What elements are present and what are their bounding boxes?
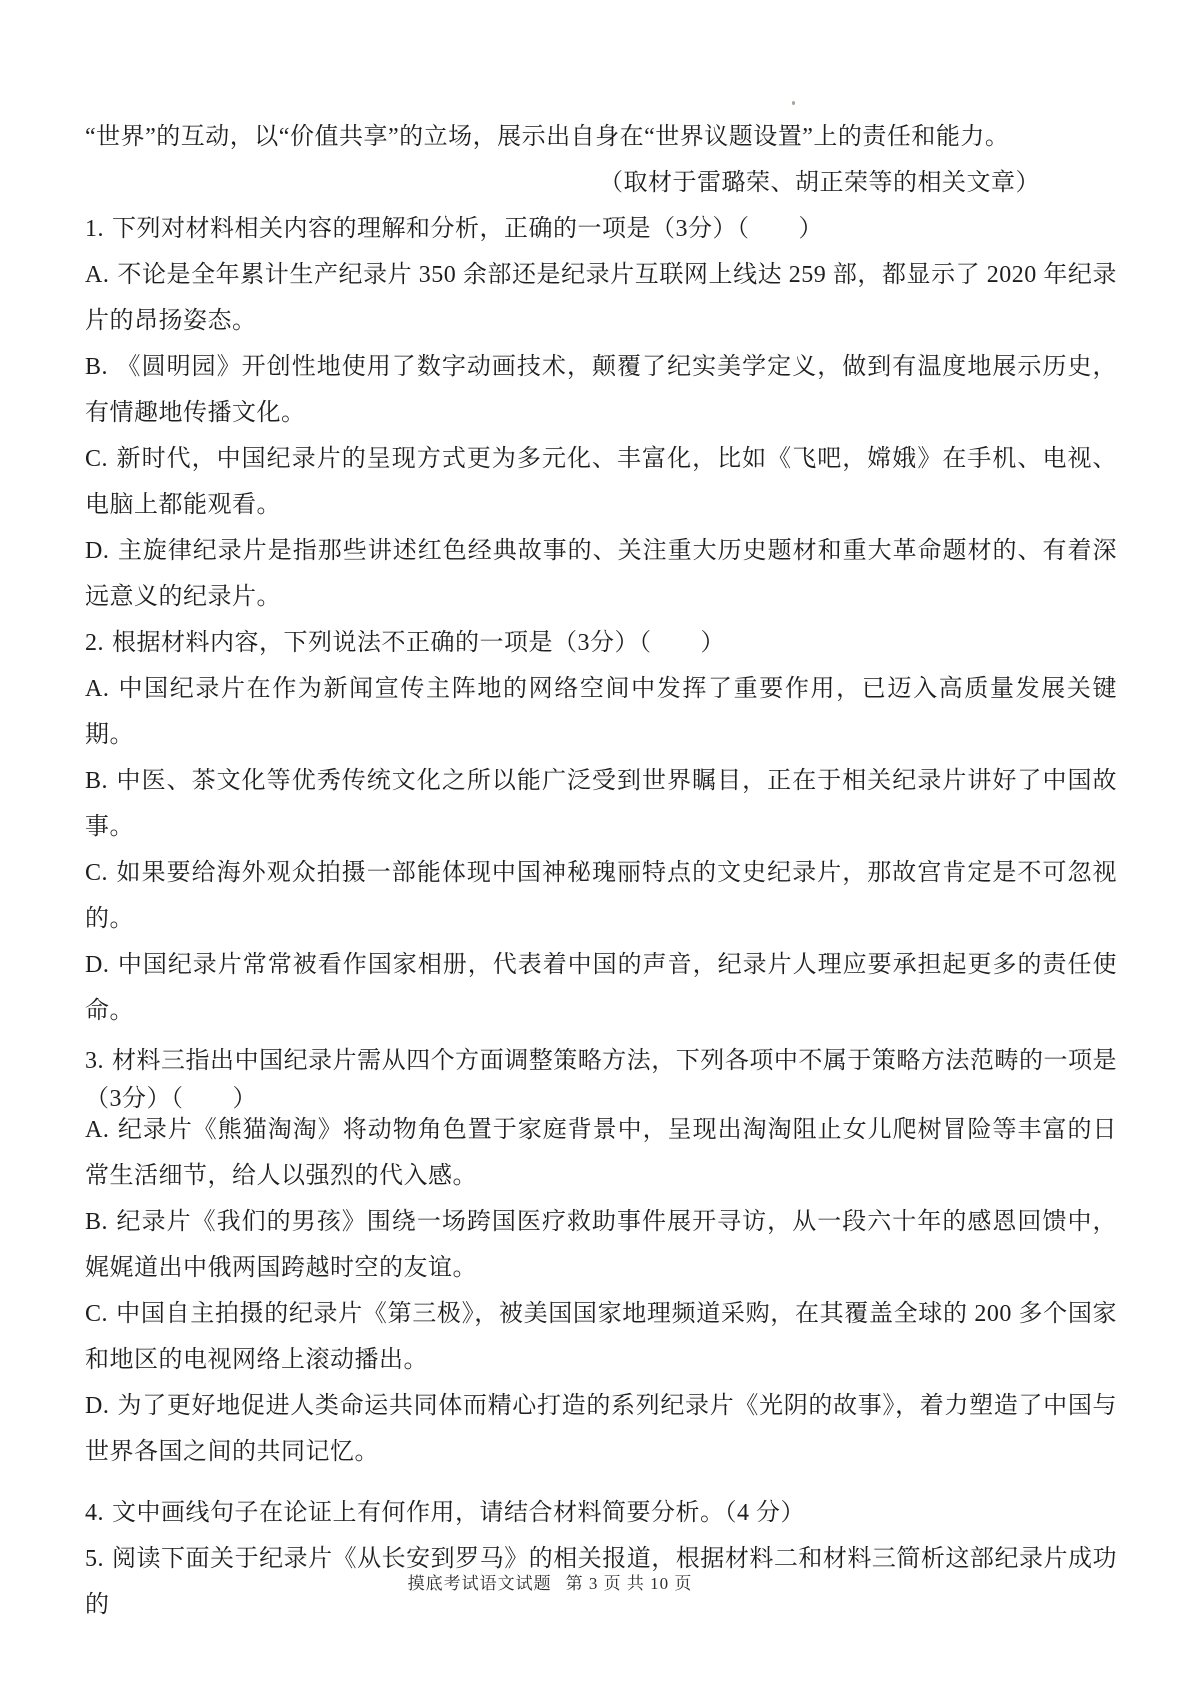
question-3-option-a: A.纪录片《熊猫淘淘》将动物角色置于家庭背景中，呈现出淘淘阻止女儿爬树冒险等丰富… [85,1107,1117,1199]
option-text: 中医、茶文化等优秀传统文化之所以能广泛受到世界瞩目，正在于相关纪录片讲好了中国故… [85,768,1117,840]
source-attribution: （取材于雷璐荣、胡正荣等的相关文章） [85,160,1117,206]
question-4-stem: 4.文中画线句子在论证上有何作用，请结合材料简要分析。（4 分） [85,1490,1117,1536]
scan-artifact-dot [792,101,795,105]
option-label: A. [85,262,109,288]
question-number: 2. [85,630,104,656]
footer-doc-title: 摸底考试语文试题 [408,1574,552,1593]
page-footer: 摸底考试语文试题第 3 页 共 10 页 [0,1572,1200,1596]
option-text: 主旋律纪录片是指那些讲述红色经典故事的、关注重大历史题材和重大革命题材的、有着深… [85,538,1117,610]
option-label: A. [85,1117,109,1143]
option-text: 中国自主拍摄的纪录片《第三极》，被美国国家地理频道采购，在其覆盖全球的 200 … [85,1301,1117,1373]
option-label: C. [85,1301,108,1327]
question-stem-text: 文中画线句子在论证上有何作用，请结合材料简要分析。（4 分） [112,1500,805,1526]
question-2-option-c: C.如果要给海外观众拍摄一部能体现中国神秘瑰丽特点的文史纪录片，那故宫肯定是不可… [85,850,1117,942]
option-text: 中国纪录片在作为新闻宣传主阵地的网络空间中发挥了重要作用，已迈入高质量发展关键期… [85,676,1117,748]
exam-paper-page: “世界”的互动，以“价值共享”的立场，展示出自身在“世界议题设置”上的责任和能力… [0,0,1200,1698]
question-2: 2.根据材料内容，下列说法不正确的一项是（3分）（ ） A.中国纪录片在作为新闻… [85,620,1117,1034]
option-text: 新时代，中国纪录片的呈现方式更为多元化、丰富化，比如《飞吧，嫦娥》在手机、电视、… [85,446,1117,518]
question-2-option-b: B.中医、茶文化等优秀传统文化之所以能广泛受到世界瞩目，正在于相关纪录片讲好了中… [85,758,1117,850]
opening-paragraph-tail: “世界”的互动，以“价值共享”的立场，展示出自身在“世界议题设置”上的责任和能力… [85,114,1117,160]
question-2-stem: 2.根据材料内容，下列说法不正确的一项是（3分）（ ） [85,620,1117,666]
question-3: 3.材料三指出中国纪录片需从四个方面调整策略方法，下列各项中不属于策略方法范畴的… [85,1042,1117,1475]
option-label: C. [85,446,108,472]
option-text: 为了更好地促进人类命运共同体而精心打造的系列纪录片《光阴的故事》，着力塑造了中国… [85,1393,1117,1465]
option-text: 纪录片《熊猫淘淘》将动物角色置于家庭背景中，呈现出淘淘阻止女儿爬树冒险等丰富的日… [85,1117,1117,1189]
option-label: D. [85,952,109,978]
question-3-option-b: B.纪录片《我们的男孩》围绕一场跨国医疗救助事件展开寻访，从一段六十年的感恩回馈… [85,1199,1117,1291]
question-3-option-d: D.为了更好地促进人类命运共同体而精心打造的系列纪录片《光阴的故事》，着力塑造了… [85,1383,1117,1475]
question-1-option-d: D.主旋律纪录片是指那些讲述红色经典故事的、关注重大历史题材和重大革命题材的、有… [85,528,1117,620]
question-number: 3. [85,1048,104,1074]
question-number: 5. [85,1546,104,1572]
footer-page-indicator: 第 3 页 共 10 页 [566,1574,693,1593]
option-label: D. [85,1393,109,1419]
question-1: 1.下列对材料相关内容的理解和分析，正确的一项是（3分）（ ） A.不论是全年累… [85,206,1117,620]
option-label: D. [85,538,109,564]
question-number: 4. [85,1500,104,1526]
option-text: 《圆明园》开创性地使用了数字动画技术，颠覆了纪实美学定义，做到有温度地展示历史，… [85,354,1117,426]
question-3-option-c: C.中国自主拍摄的纪录片《第三极》，被美国国家地理频道采购，在其覆盖全球的 20… [85,1291,1117,1383]
option-text: 纪录片《我们的男孩》围绕一场跨国医疗救助事件展开寻访，从一段六十年的感恩回馈中，… [85,1209,1117,1281]
question-2-option-a: A.中国纪录片在作为新闻宣传主阵地的网络空间中发挥了重要作用，已迈入高质量发展关… [85,666,1117,758]
question-1-option-b: B.《圆明园》开创性地使用了数字动画技术，颠覆了纪实美学定义，做到有温度地展示历… [85,344,1117,436]
option-text: 如果要给海外观众拍摄一部能体现中国神秘瑰丽特点的文史纪录片，那故宫肯定是不可忽视… [85,860,1117,932]
option-label: B. [85,768,108,794]
option-text: 中国纪录片常常被看作国家相册，代表着中国的声音，纪录片人理应要承担起更多的责任使… [85,952,1117,1024]
option-label: C. [85,860,108,886]
option-text: 不论是全年累计生产纪录片 350 余部还是纪录片互联网上线达 259 部，都显示… [85,262,1117,334]
footer-text: 摸底考试语文试题第 3 页 共 10 页 [408,1574,693,1593]
question-stem-text: 根据材料内容，下列说法不正确的一项是（3分）（ ） [112,630,725,656]
question-1-option-a: A.不论是全年累计生产纪录片 350 余部还是纪录片互联网上线达 259 部，都… [85,252,1117,344]
question-2-option-d: D.中国纪录片常常被看作国家相册，代表着中国的声音，纪录片人理应要承担起更多的责… [85,942,1117,1034]
option-label: B. [85,354,108,380]
option-label: B. [85,1209,108,1235]
question-1-option-c: C.新时代，中国纪录片的呈现方式更为多元化、丰富化，比如《飞吧，嫦娥》在手机、电… [85,436,1117,528]
question-1-stem: 1.下列对材料相关内容的理解和分析，正确的一项是（3分）（ ） [85,206,1117,252]
question-number: 1. [85,216,104,242]
question-stem-text: 材料三指出中国纪录片需从四个方面调整策略方法，下列各项中不属于策略方法范畴的一项… [85,1048,1117,1112]
exam-text-block: “世界”的互动，以“价值共享”的立场，展示出自身在“世界议题设置”上的责任和能力… [85,114,1117,1628]
option-label: A. [85,676,109,702]
question-stem-text: 下列对材料相关内容的理解和分析，正确的一项是（3分）（ ） [112,216,823,242]
question-4: 4.文中画线句子在论证上有何作用，请结合材料简要分析。（4 分） [85,1490,1117,1536]
